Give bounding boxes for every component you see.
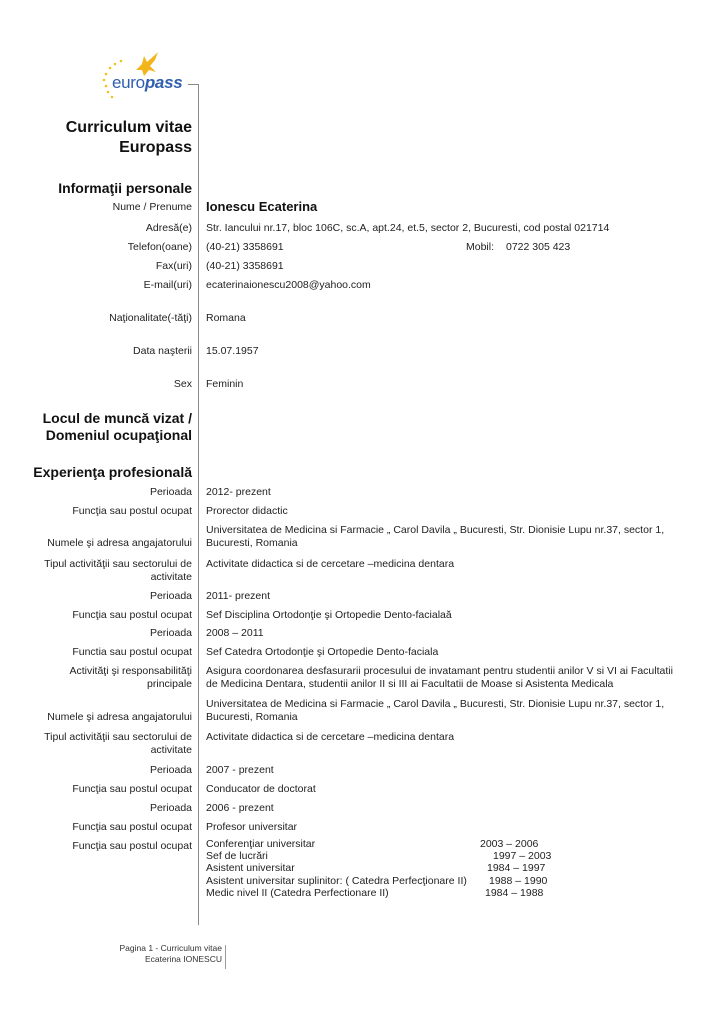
experience-row-label: Perioada <box>42 590 192 603</box>
cv-title-line2: Europass <box>66 138 192 158</box>
experience-row-label: Numele şi adresa angajatorului <box>42 711 192 724</box>
experience-row-value: 2006 - prezent <box>206 802 676 815</box>
experience-row-label: Funcţia sau postul ocupat <box>42 609 192 622</box>
name-label: Nume / Prenume <box>113 201 192 214</box>
section-work-experience: Experienţa profesională <box>33 464 192 481</box>
experience-row-value: Profesor universitar <box>206 821 676 834</box>
fax-label: Fax(uri) <box>156 260 192 273</box>
europass-logo: europass <box>98 46 198 102</box>
experience-row-value: 2012- prezent <box>206 486 676 499</box>
email-value[interactable]: ecaterinaionescu2008@yahoo.com <box>206 279 371 292</box>
logo-prefix: euro <box>112 73 145 92</box>
email-label: E-mail(uri) <box>144 279 192 292</box>
experience-row-label: Perioada <box>42 627 192 640</box>
address-label: Adresă(e) <box>146 222 192 235</box>
position-years: 1988 – 1990 <box>489 875 547 887</box>
experience-row-value: Activitate didactica si de cercetare –me… <box>206 558 676 571</box>
desired-line2: Domeniul ocupaţional <box>43 427 192 444</box>
position-title: Medic nivel II (Catedra Perfectionare II… <box>206 887 389 899</box>
experience-row-value: Universitatea de Medicina si Farmacie „ … <box>206 698 676 724</box>
position-row: Medic nivel II (Catedra Perfectionare II… <box>206 887 566 899</box>
experience-row-value: Sef Disciplina Ortodonţie şi Ortopedie D… <box>206 609 676 622</box>
position-years: 2003 – 2006 <box>480 838 538 850</box>
experience-row-label: Perioada <box>42 764 192 777</box>
position-years: 1984 – 1997 <box>487 862 545 874</box>
position-title: Conferenţiar universitar <box>206 838 315 850</box>
fax-value: (40-21) 3358691 <box>206 260 284 273</box>
birth-value: 15.07.1957 <box>206 345 259 358</box>
positions-table: Conferenţiar universitar2003 – 2006Sef d… <box>206 838 566 899</box>
nationality-label: Naţionalitate(-tăţi) <box>109 312 192 325</box>
experience-row-label: Activităţi şi responsabilităţi principal… <box>42 665 192 691</box>
position-years: 1984 – 1988 <box>485 887 543 899</box>
experience-row-label: Funcţia sau postul ocupat <box>42 783 192 796</box>
desired-line1: Locul de muncă vizat / <box>43 410 192 427</box>
footer-line2: Ecaterina IONESCU <box>119 954 222 965</box>
full-name: Ionescu Ecaterina <box>206 199 317 214</box>
address-value: Str. Iancului nr.17, bloc 106C, sc.A, ap… <box>206 222 609 235</box>
experience-row-value: 2008 – 2011 <box>206 627 676 640</box>
position-row: Conferenţiar universitar2003 – 2006 <box>206 838 566 850</box>
position-row: Sef de lucrări1997 – 2003 <box>206 850 566 862</box>
experience-row-label: Functia sau postul ocupat <box>42 646 192 659</box>
cv-title-line1: Curriculum vitae <box>66 118 192 138</box>
section-desired-employment: Locul de muncă vizat / Domeniul ocupaţio… <box>43 410 192 444</box>
phone-label: Telefon(oane) <box>128 241 192 254</box>
nationality-value: Romana <box>206 312 246 325</box>
experience-row-value: Activitate didactica si de cercetare –me… <box>206 731 676 744</box>
experience-row-label: Tipul activităţii sau sectorului de acti… <box>42 731 192 757</box>
cv-title: Curriculum vitae Europass <box>66 118 192 158</box>
experience-row-label: Numele şi adresa angajatorului <box>42 537 192 550</box>
experience-row-value: Universitatea de Medicina si Farmacie „ … <box>206 524 676 550</box>
experience-row-label: Tipul activităţii sau sectorului de acti… <box>42 558 192 584</box>
footer-divider <box>225 945 226 969</box>
sex-label: Sex <box>174 378 192 391</box>
sex-value: Feminin <box>206 378 243 391</box>
experience-row-value: Asigura coordonarea desfasurarii procesu… <box>206 665 676 691</box>
position-title: Asistent universitar <box>206 862 295 874</box>
experience-row-label: Perioada <box>42 486 192 499</box>
logo-suffix: pass <box>145 73 183 92</box>
mobile-label: Mobil: <box>466 241 494 254</box>
position-row: Asistent universitar1984 – 1997 <box>206 862 566 874</box>
position-years: 1997 – 2003 <box>493 850 551 862</box>
experience-row-label: Perioada <box>42 802 192 815</box>
mobile-value: 0722 305 423 <box>506 241 570 254</box>
page-footer: Pagina 1 - Curriculum vitae Ecaterina IO… <box>119 943 222 965</box>
position-title: Sef de lucrări <box>206 850 268 862</box>
experience-row-value: 2011- prezent <box>206 590 676 603</box>
experience-row-label: Funcţia sau postul ocupat <box>42 821 192 834</box>
experience-row-value: Conducator de doctorat <box>206 783 676 796</box>
experience-row-label: Funcţia sau postul ocupat <box>42 840 192 853</box>
position-row: Asistent universitar suplinitor: ( Cated… <box>206 875 566 887</box>
experience-row-value: Prorector didactic <box>206 505 676 518</box>
experience-row-label: Funcţia sau postul ocupat <box>42 505 192 518</box>
phone-value: (40-21) 3358691 <box>206 241 284 254</box>
section-personal-info: Informaţii personale <box>58 180 192 197</box>
column-divider <box>198 84 199 925</box>
experience-row-value: Sef Catedra Ortodonţie şi Ortopedie Dent… <box>206 646 676 659</box>
birth-label: Data naşterii <box>133 345 192 358</box>
position-title: Asistent universitar suplinitor: ( Cated… <box>206 875 467 887</box>
footer-line1: Pagina 1 - Curriculum vitae <box>119 943 222 954</box>
experience-row-value: 2007 - prezent <box>206 764 676 777</box>
